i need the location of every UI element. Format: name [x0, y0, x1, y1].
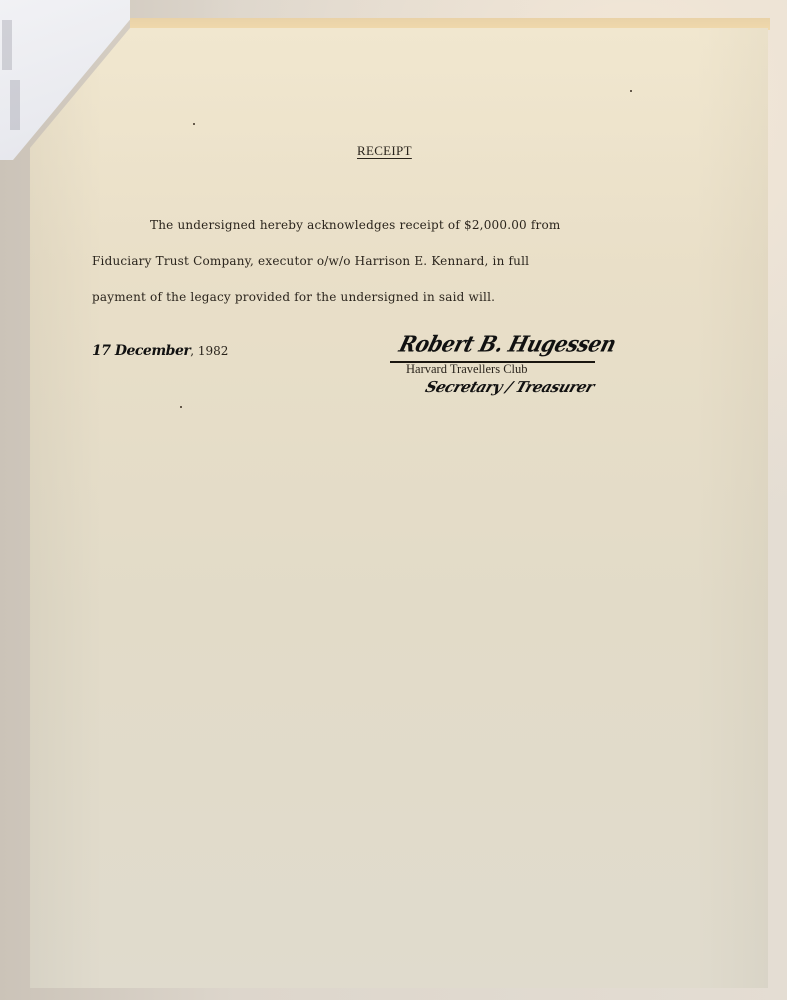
organization-name: Harvard Travellers Club [406, 362, 528, 377]
typed-year: , 1982 [190, 344, 228, 358]
receipt-paper [30, 28, 768, 988]
document-title: RECEIPT [357, 143, 412, 159]
receipt-body: The undersigned hereby acknowledges rece… [92, 207, 612, 315]
handwritten-date: 17 December [92, 343, 190, 359]
paper-speck [630, 90, 632, 92]
handwritten-title: Secretary / Treasurer [423, 378, 596, 396]
body-line: The undersigned hereby acknowledges rece… [92, 207, 612, 243]
body-line: payment of the legacy provided for the u… [92, 279, 612, 315]
paper-speck [193, 123, 195, 125]
ghost-text [10, 80, 20, 130]
signature-block: Robert B. Hugessen Harvard Travellers Cl… [390, 330, 650, 410]
signature: Robert B. Hugessen [396, 331, 618, 357]
body-line: Fiduciary Trust Company, executor o/w/o … [92, 243, 612, 279]
receipt-date: 17 December, 1982 [92, 343, 228, 359]
ghost-text [2, 20, 12, 70]
paper-speck [180, 406, 182, 408]
